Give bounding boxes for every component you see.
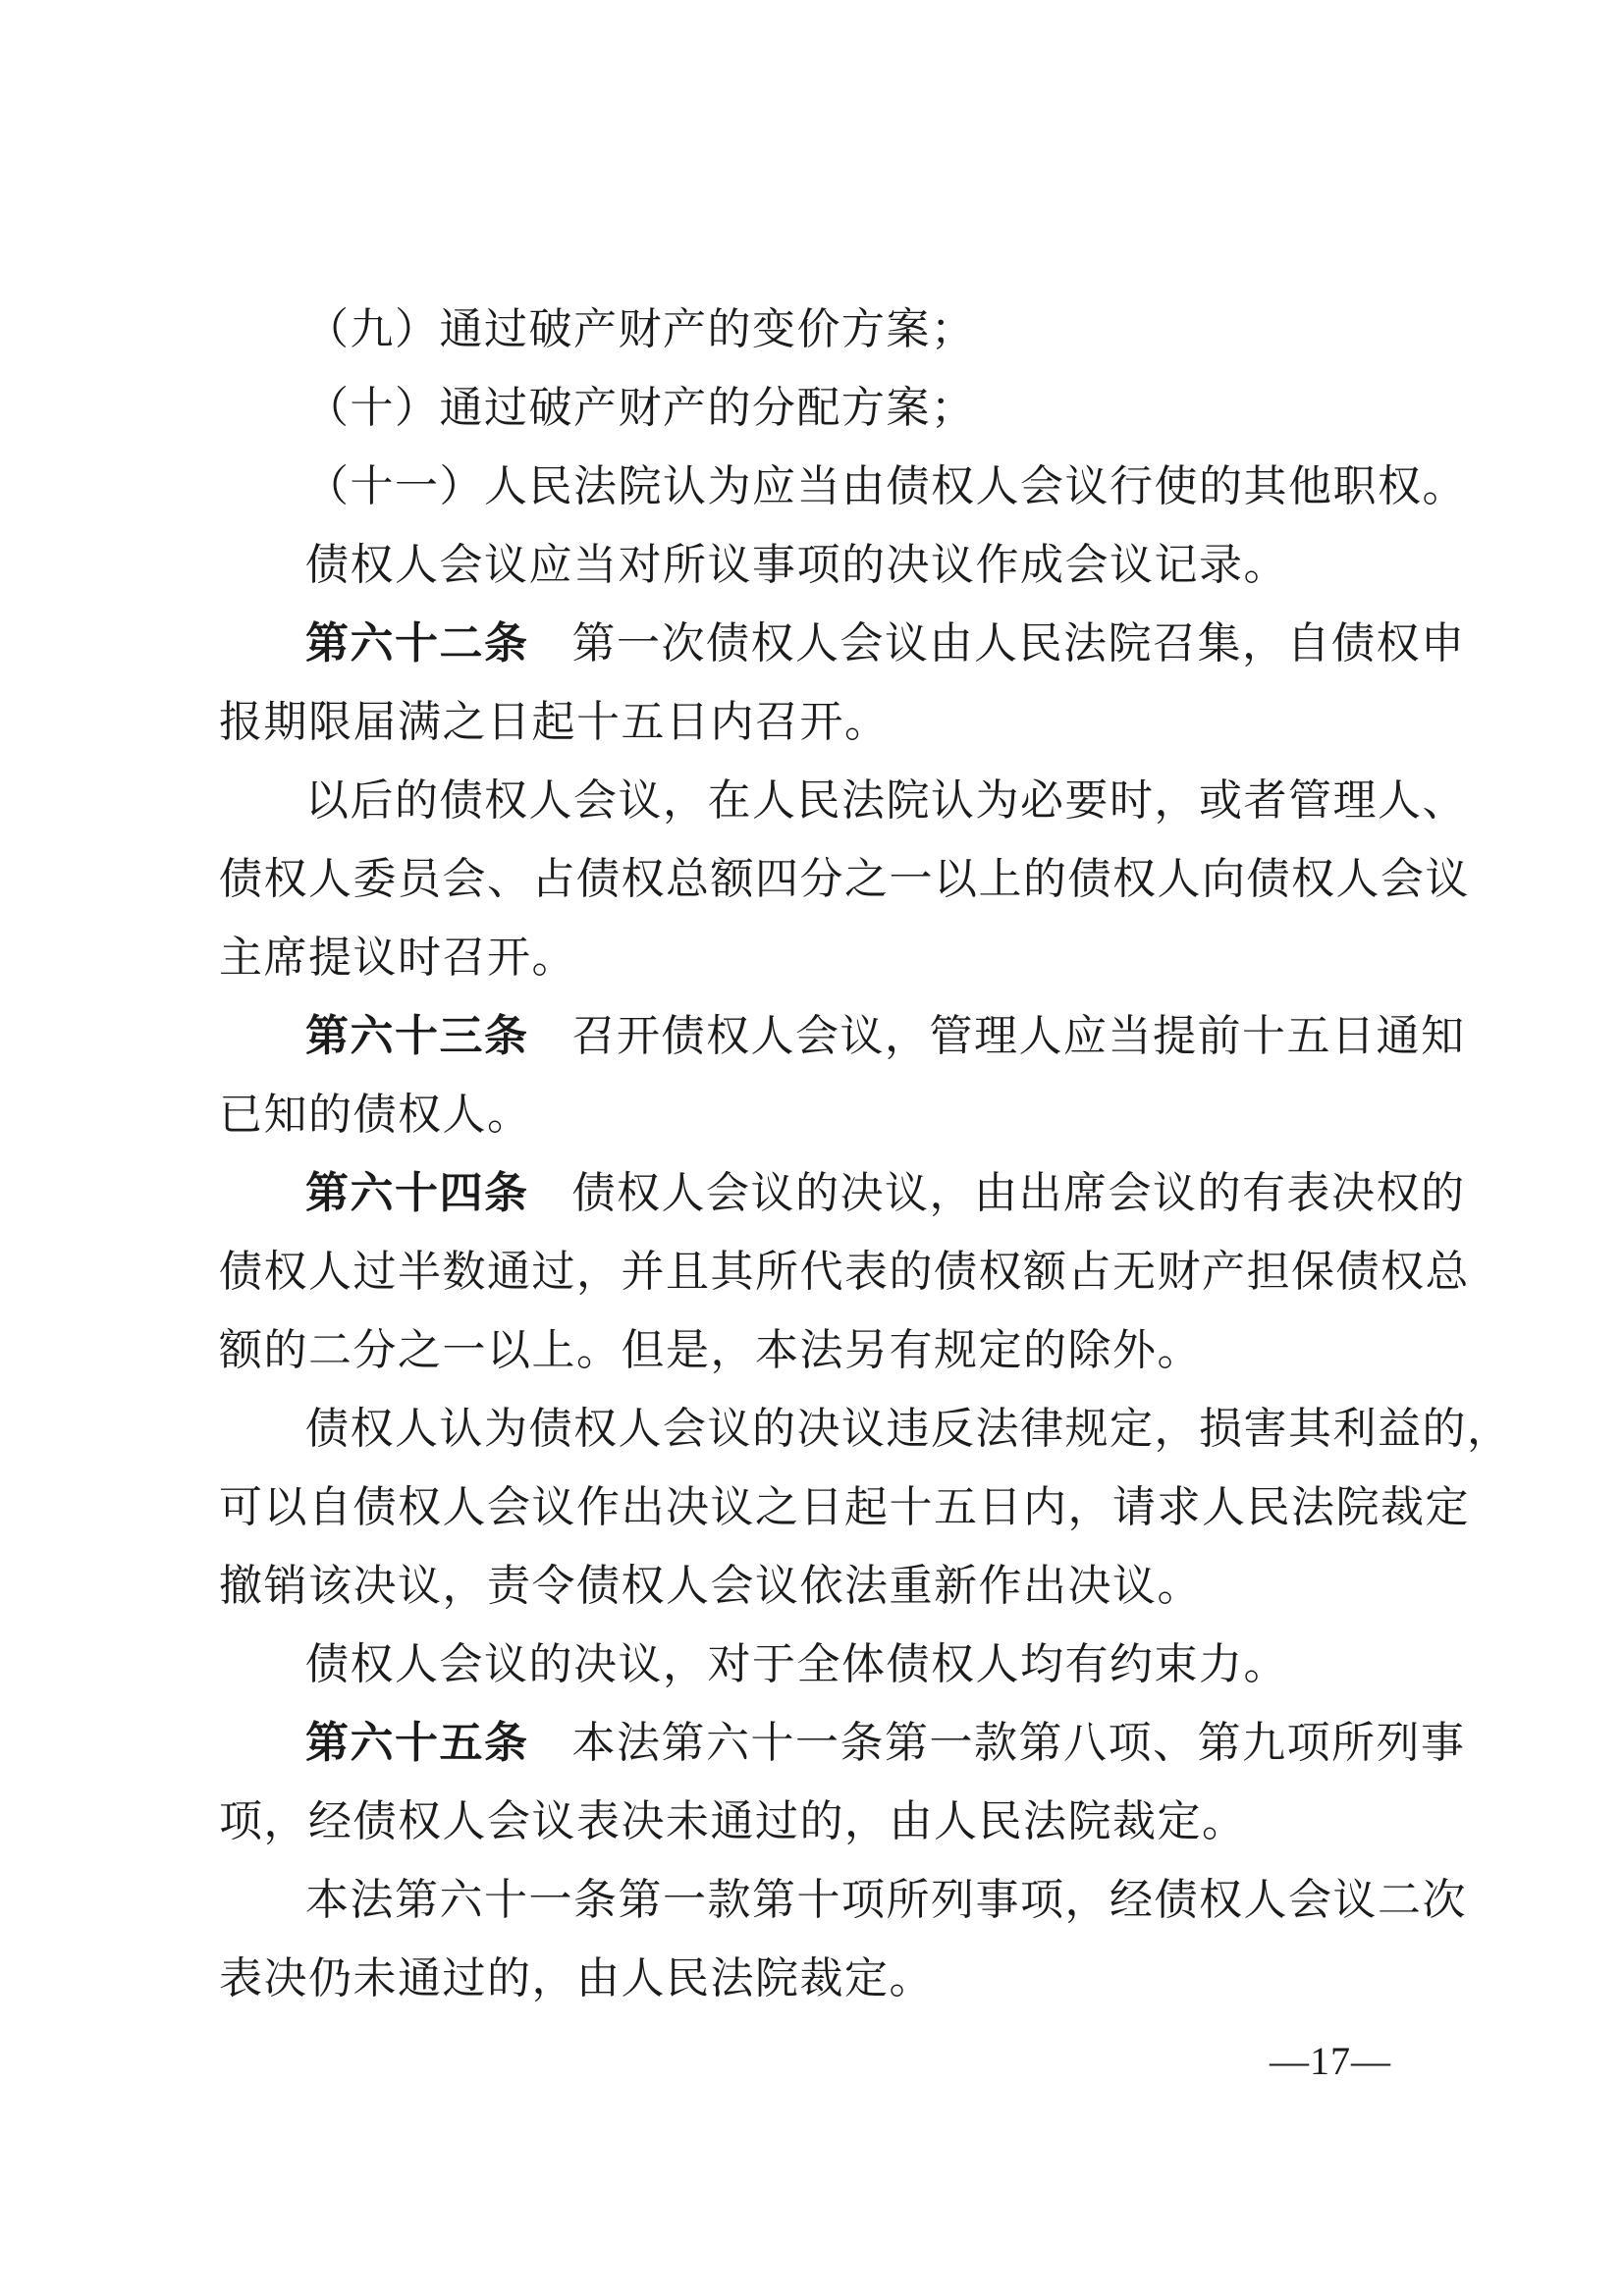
text-line: 表决仍未通过的，由人民法院裁定。: [219, 1940, 1486, 2018]
article-number: 第六十五条: [305, 1719, 529, 1767]
line-text: 表决仍未通过的，由人民法院裁定。: [219, 1954, 934, 2002]
text-line: 债权人会议的决议，对于全体债权人均有约束力。: [219, 1626, 1486, 1704]
text-line: （九）通过破产财产的变价方案；: [219, 291, 1486, 369]
document-page: （九）通过破产财产的变价方案；（十）通过破产财产的分配方案；（十一）人民法院认为…: [0, 0, 1624, 2296]
line-text: 项，经债权人会议表决未通过的，由人民法院裁定。: [219, 1797, 1247, 1845]
line-text: 报期限届满之日起十五日内召开。: [219, 698, 890, 746]
text-line: 撤销该决议，责令债权人会议依法重新作出决议。: [219, 1547, 1486, 1626]
text-line: 主席提议时召开。: [219, 919, 1486, 997]
line-text: 已知的债权人。: [219, 1091, 532, 1139]
line-text: 召开债权人会议，管理人应当提前十五日通知: [572, 1012, 1466, 1060]
article-number: 第六十四条: [305, 1169, 529, 1217]
text-line: 已知的债权人。: [219, 1076, 1486, 1154]
article-line: 第六十二条第一次债权人会议由人民法院召集，自债权申: [219, 605, 1486, 683]
line-text: 本法第六十一条第一款第八项、第九项所列事: [572, 1719, 1466, 1767]
article-line: 第六十五条本法第六十一条第一款第八项、第九项所列事: [219, 1704, 1486, 1783]
line-text: 额的二分之一以上。但是，本法另有规定的除外。: [219, 1326, 1202, 1374]
text-line: 债权人委员会、占债权总额四分之一以上的债权人向债权人会议: [219, 840, 1486, 919]
text-line: 项，经债权人会议表决未通过的，由人民法院裁定。: [219, 1783, 1486, 1861]
line-text: （九）通过破产财产的变价方案；: [305, 305, 976, 353]
line-text: 可以自债权人会议作出决议之日起十五日内，请求人民法院裁定: [219, 1483, 1470, 1531]
line-text: 撤销该决议，责令债权人会议依法重新作出决议。: [219, 1562, 1202, 1610]
text-line: 本法第六十一条第一款第十项所列事项，经债权人会议二次: [219, 1861, 1486, 1940]
article-number: 第六十二条: [305, 619, 529, 667]
line-text: 债权人会议的决议，由出席会议的有表决权的: [572, 1169, 1466, 1217]
text-line: 债权人会议应当对所议事项的决议作成会议记录。: [219, 526, 1486, 605]
text-line: 报期限届满之日起十五日内召开。: [219, 683, 1486, 762]
line-text: 债权人会议应当对所议事项的决议作成会议记录。: [305, 541, 1288, 589]
line-text: （十）通过破产财产的分配方案；: [305, 384, 976, 432]
text-line: 债权人过半数通过，并且其所代表的债权额占无财产担保债权总: [219, 1233, 1486, 1311]
line-text: 主席提议时召开。: [219, 934, 576, 982]
text-line: 债权人认为债权人会议的决议违反法律规定，损害其利益的，: [219, 1390, 1486, 1468]
line-text: 债权人会议的决议，对于全体债权人均有约束力。: [305, 1640, 1288, 1688]
legal-text-block: （九）通过破产财产的变价方案；（十）通过破产财产的分配方案；（十一）人民法院认为…: [219, 291, 1486, 2018]
line-text: 债权人认为债权人会议的决议违反法律规定，损害其利益的，: [305, 1405, 1512, 1453]
line-text: （十一）人民法院认为应当由债权人会议行使的其他职权。: [305, 462, 1467, 510]
article-number: 第六十三条: [305, 1012, 529, 1060]
line-text: 第一次债权人会议由人民法院召集，自债权申: [572, 619, 1466, 667]
line-text: 债权人委员会、占债权总额四分之一以上的债权人向债权人会议: [219, 855, 1470, 903]
article-line: 第六十四条债权人会议的决议，由出席会议的有表决权的: [219, 1154, 1486, 1233]
text-line: （十一）人民法院认为应当由债权人会议行使的其他职权。: [219, 448, 1486, 526]
line-text: 本法第六十一条第一款第十项所列事项，经债权人会议二次: [305, 1876, 1467, 1924]
text-line: 以后的债权人会议，在人民法院认为必要时，或者管理人、: [219, 762, 1486, 840]
text-line: 额的二分之一以上。但是，本法另有规定的除外。: [219, 1311, 1486, 1390]
page-number: —17—: [1270, 2038, 1391, 2085]
text-line: 可以自债权人会议作出决议之日起十五日内，请求人民法院裁定: [219, 1468, 1486, 1547]
text-line: （十）通过破产财产的分配方案；: [219, 369, 1486, 448]
line-text: 债权人过半数通过，并且其所代表的债权额占无财产担保债权总: [219, 1248, 1470, 1296]
article-line: 第六十三条召开债权人会议，管理人应当提前十五日通知: [219, 997, 1486, 1076]
line-text: 以后的债权人会议，在人民法院认为必要时，或者管理人、: [305, 776, 1467, 825]
